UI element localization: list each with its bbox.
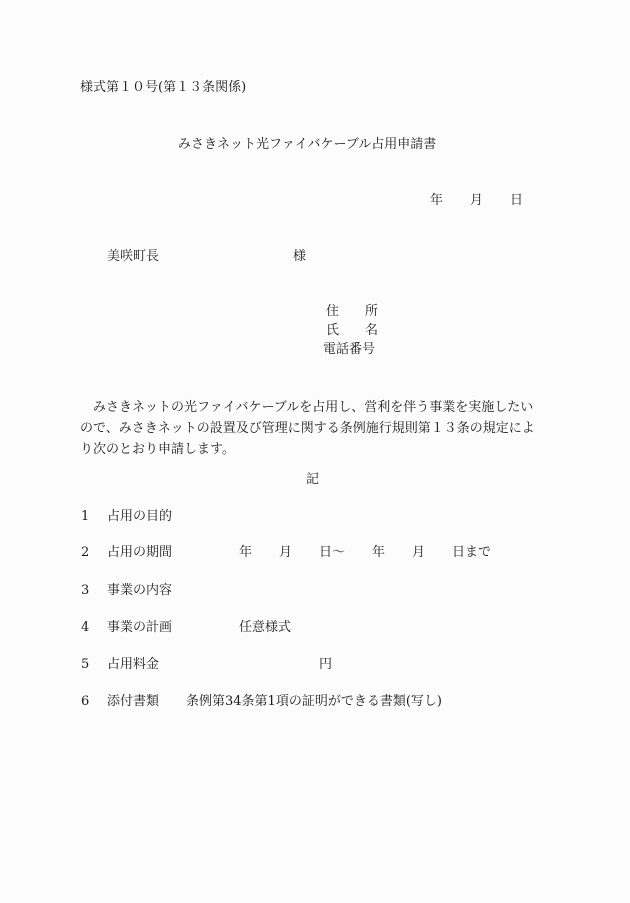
period-start-day: 日～ xyxy=(319,546,345,559)
period-end-day: 日まで xyxy=(452,546,491,559)
item-number: 1 xyxy=(81,510,89,523)
item-label: 占用の目的 xyxy=(107,510,172,523)
item-label: 事業の計画 xyxy=(107,621,172,634)
honorific: 様 xyxy=(293,250,306,263)
item-number: 4 xyxy=(81,621,89,634)
item-value: 条例第34条第1項の証明ができる書類(写し) xyxy=(186,695,442,708)
fee-unit: 円 xyxy=(319,658,332,671)
document-title: みさきネット光ファイバケーブル占用申請書 xyxy=(178,138,436,151)
date-year-label: 年 xyxy=(430,194,443,207)
item-label: 占用料金 xyxy=(107,658,159,671)
date-day-label: 日 xyxy=(510,194,523,207)
period-start-month: 月 xyxy=(279,546,292,559)
body-line: ので、みさきネットの設置及び管理に関する条例施行規則第１３条の規定によ xyxy=(80,418,550,439)
period-end-year: 年 xyxy=(372,546,385,559)
period-start-year: 年 xyxy=(239,546,252,559)
applicant-phone-label: 電話番号 xyxy=(323,343,375,356)
item-number: 3 xyxy=(81,584,89,597)
application-body-text: みさきネットの光ファイバケーブルを占用し、営利を伴う事業を実施したい ので、みさ… xyxy=(80,397,550,460)
item-label: 占用の期間 xyxy=(107,546,172,559)
item-label: 事業の内容 xyxy=(107,584,172,597)
date-month-label: 月 xyxy=(470,194,483,207)
item-number: 2 xyxy=(81,546,89,559)
form-number: 様式第１０号(第１３条関係) xyxy=(80,81,246,94)
body-line: みさきネットの光ファイバケーブルを占用し、営利を伴う事業を実施したい xyxy=(80,397,550,418)
item-label: 添付書類 xyxy=(107,695,159,708)
body-line: り次のとおり申請します。 xyxy=(80,439,550,460)
ki-heading: 記 xyxy=(306,473,319,486)
item-value: 任意様式 xyxy=(239,621,291,634)
period-end-month: 月 xyxy=(412,546,425,559)
item-number: 5 xyxy=(81,658,89,671)
addressee: 美咲町長 xyxy=(107,250,159,263)
item-number: 6 xyxy=(81,695,89,708)
